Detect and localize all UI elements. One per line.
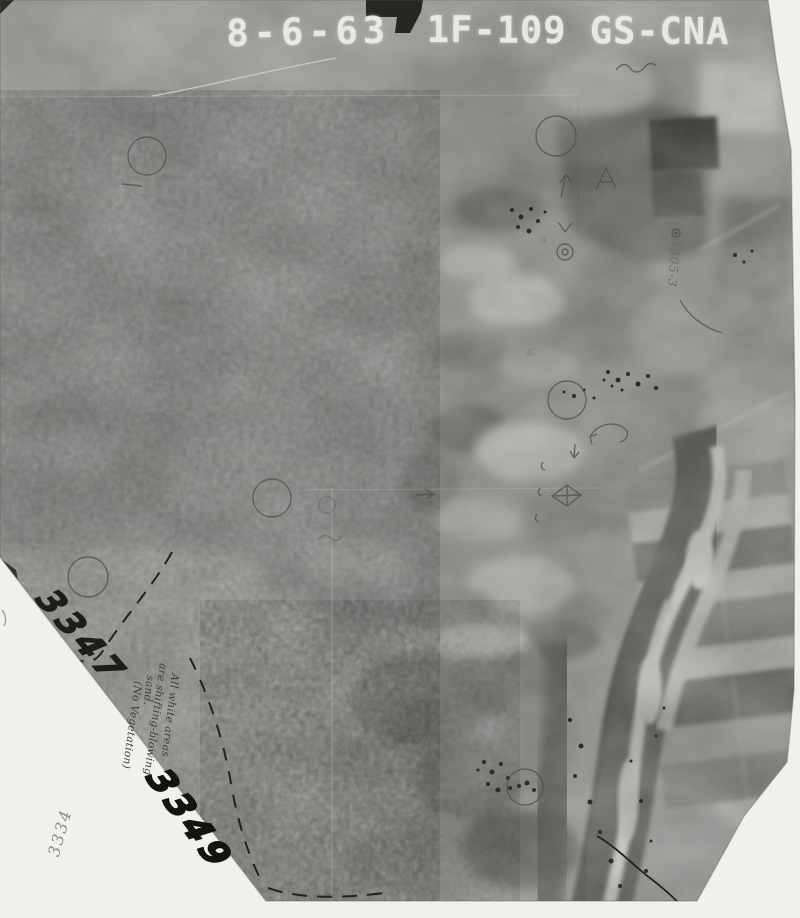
photo-texture [0,0,800,918]
margin-smudge [2,610,6,626]
scanned-aerial-photograph: 8-6-63 1F-109 GS-CNA 3347 3349 3334 3305… [0,0,800,918]
aerial-photo-artwork [0,0,800,918]
